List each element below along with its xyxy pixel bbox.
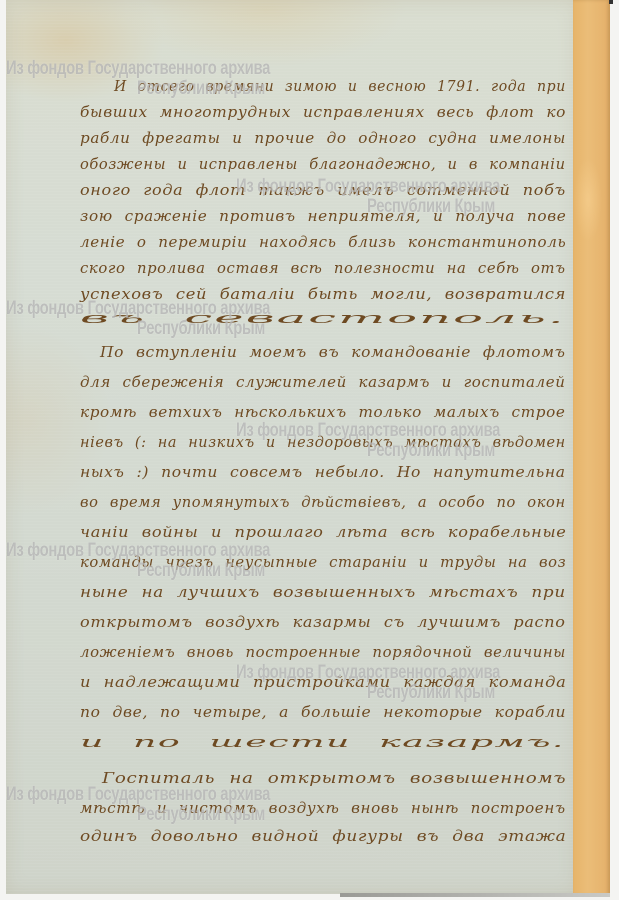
bottom-edge: [340, 893, 610, 897]
manuscript-line: ныхъ :) почти совсемъ небыло. Но напутит…: [80, 460, 566, 486]
manuscript-line: ского пролива оставя всѣ полезности на с…: [80, 256, 566, 282]
manuscript-line: открытомъ воздухѣ казармы съ лучшимъ рас…: [80, 610, 566, 636]
manuscript-line: въ севастополь.: [80, 306, 566, 332]
manuscript-line: кромѣ ветхихъ нѣсколькихъ только малыхъ …: [80, 400, 565, 426]
manuscript-line: рабли фрегаты и прочие до одного судна и…: [80, 126, 566, 152]
manuscript-line: ленiе о перемирiи находясь близь констан…: [80, 230, 566, 256]
manuscript-line: успеховъ сей баталiи быть могли, возврат…: [80, 282, 566, 308]
manuscript-line: обозжены и исправлены благонадежно, и в …: [80, 152, 566, 178]
manuscript-line: для сбереженiя служителей казармъ и госп…: [80, 370, 566, 396]
manuscript-line: по две, по четыре, а большiе некоторые к…: [80, 700, 566, 726]
paper-edge-strip: [573, 0, 610, 896]
manuscript-line: оного года флот такжъ имелъ сотменной по…: [80, 178, 566, 204]
manuscript-line: бывших многотрудных исправлениях весь фл…: [80, 100, 566, 126]
manuscript-line: и по шести казармъ.: [80, 730, 565, 756]
manuscript-line: мѣстѣ и чистомъ воздухѣ вновь нынѣ постр…: [80, 796, 566, 822]
manuscript-line: По вступленiи моемъ въ командованiе флот…: [100, 340, 566, 366]
manuscript-line: чанiи войны и прошлаго лѣта всѣ корабель…: [80, 520, 567, 546]
corner-mark: [609, 0, 613, 4]
manuscript-line: и надлежащими пристройками каждая команд…: [80, 670, 566, 696]
manuscript-line: команды чрезъ неусыпные старанiи и труды…: [80, 550, 566, 576]
manuscript-line: ныне на лучшихъ возвышенныхъ мѣстахъ при: [80, 580, 566, 606]
manuscript-line: зою сраженiе противъ неприятеля, и получ…: [80, 204, 566, 230]
manuscript-line: во время упомянутыхъ дѣйствiевъ, а особо…: [80, 490, 566, 516]
manuscript-line: И отсего времяни зимою и веснoю 1791. го…: [114, 74, 566, 100]
manuscript-line: одинъ довольно видной фигуры въ два этаж…: [80, 824, 566, 850]
scanned-document: И отсего времяни зимою и веснoю 1791. го…: [0, 0, 619, 900]
manuscript-line: нiевъ (: на низкихъ и нездоровыхъ мѣстах…: [80, 430, 566, 456]
manuscript-line: ложенiемъ вновь построенные порядочной в…: [80, 640, 566, 666]
manuscript-line: Госпиталь на открытомъ возвышенномъ: [102, 766, 566, 792]
